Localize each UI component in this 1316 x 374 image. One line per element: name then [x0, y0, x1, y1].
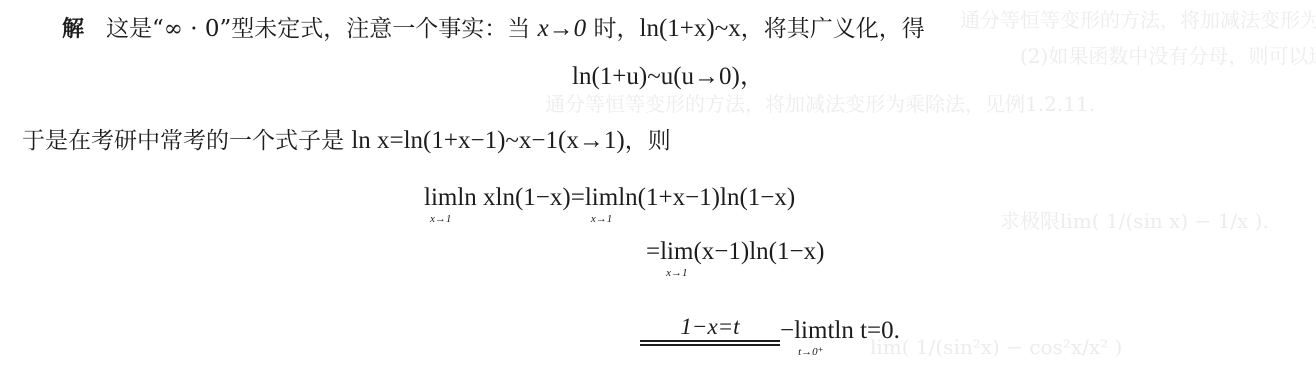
intro-math-equivalence: ln(1+x)~x — [640, 15, 741, 42]
substitution-equals: 1−x=t — [640, 316, 780, 346]
intro-math-limit: x→0 — [538, 15, 587, 42]
general-formula: ln(1+u)~u(u→0)， — [572, 62, 765, 92]
line3-math: ln x=ln(1+x−1)~x−1(x→1) — [351, 127, 624, 154]
lim-operator: limx→1 — [585, 183, 618, 213]
solution-intro-line: 解这是“∞ · 0”型未定式，注意一个事实：当 x→0 时，ln(1+x)~x，… — [62, 14, 925, 45]
lim-text: lim — [585, 184, 618, 211]
double-bar — [640, 340, 780, 346]
bleed-text-b: (2)如果函数中没有分母，则可以通过提取公因式、通分等方法，再 — [1020, 40, 1316, 69]
lim-text: lim — [794, 317, 827, 344]
bleed-text-a: 通分等恒等变形的方法，将加减法变形为乘除法，见例1.2.11. — [960, 4, 1316, 33]
lim-operator: limx→1 — [660, 237, 693, 267]
lim-operator: limt→0⁺ — [794, 316, 827, 346]
lim-subscript: x→1 — [424, 213, 457, 225]
step3-expression: tln t=0. — [827, 317, 899, 344]
lim-operator: limx→1 — [424, 183, 457, 213]
lim-subscript: t→0⁺ — [794, 346, 827, 358]
line3-text: 于是在考研中常考的一个式子是 — [22, 128, 351, 154]
rhs-expression: ln(1+x−1)ln(1−x) — [618, 184, 795, 211]
bleed-text-c: 通分等恒等变形的方法，将加减法变形为乘除法，见例1.2.11. — [545, 88, 1095, 117]
solution-label: 解 — [62, 17, 84, 42]
substitution-label: 1−x=t — [640, 312, 780, 342]
bleed-text-d: 求极限lim( 1/(sin x) − 1/x ). — [1000, 205, 1269, 234]
derivation-step-2: =limx→1(x−1)ln(1−x) — [646, 237, 824, 267]
intro-text-2: 时， — [586, 16, 639, 42]
equals-sign: = — [571, 184, 585, 211]
lim-text: lim — [424, 184, 457, 211]
line3-tail: ，则 — [625, 128, 671, 154]
intro-text-3: ，将其广义化，得 — [741, 16, 925, 42]
lim-subscript: x→1 — [585, 213, 618, 225]
derivation-step-1: limx→1ln xln(1−x)=limx→1ln(1+x−1)ln(1−x) — [424, 183, 795, 213]
bleed-text-e: lim( 1/(sin²x) − cos²x/x² ) — [870, 335, 1122, 359]
lim-subscript: x→1 — [660, 267, 693, 279]
lhs-expression: ln xln(1−x) — [457, 184, 570, 211]
lim-text: lim — [660, 238, 693, 265]
equals-sign: = — [646, 238, 660, 265]
minus-sign: − — [780, 317, 794, 344]
common-formula-line: 于是在考研中常考的一个式子是 ln x=ln(1+x−1)~x−1(x→1)，则 — [22, 126, 671, 156]
intro-text: 这是“∞ · 0”型未定式，注意一个事实：当 — [106, 16, 538, 42]
derivation-step-3: 1−x=t−limt→0⁺tln t=0. — [640, 316, 900, 346]
step2-expression: (x−1)ln(1−x) — [693, 238, 824, 265]
